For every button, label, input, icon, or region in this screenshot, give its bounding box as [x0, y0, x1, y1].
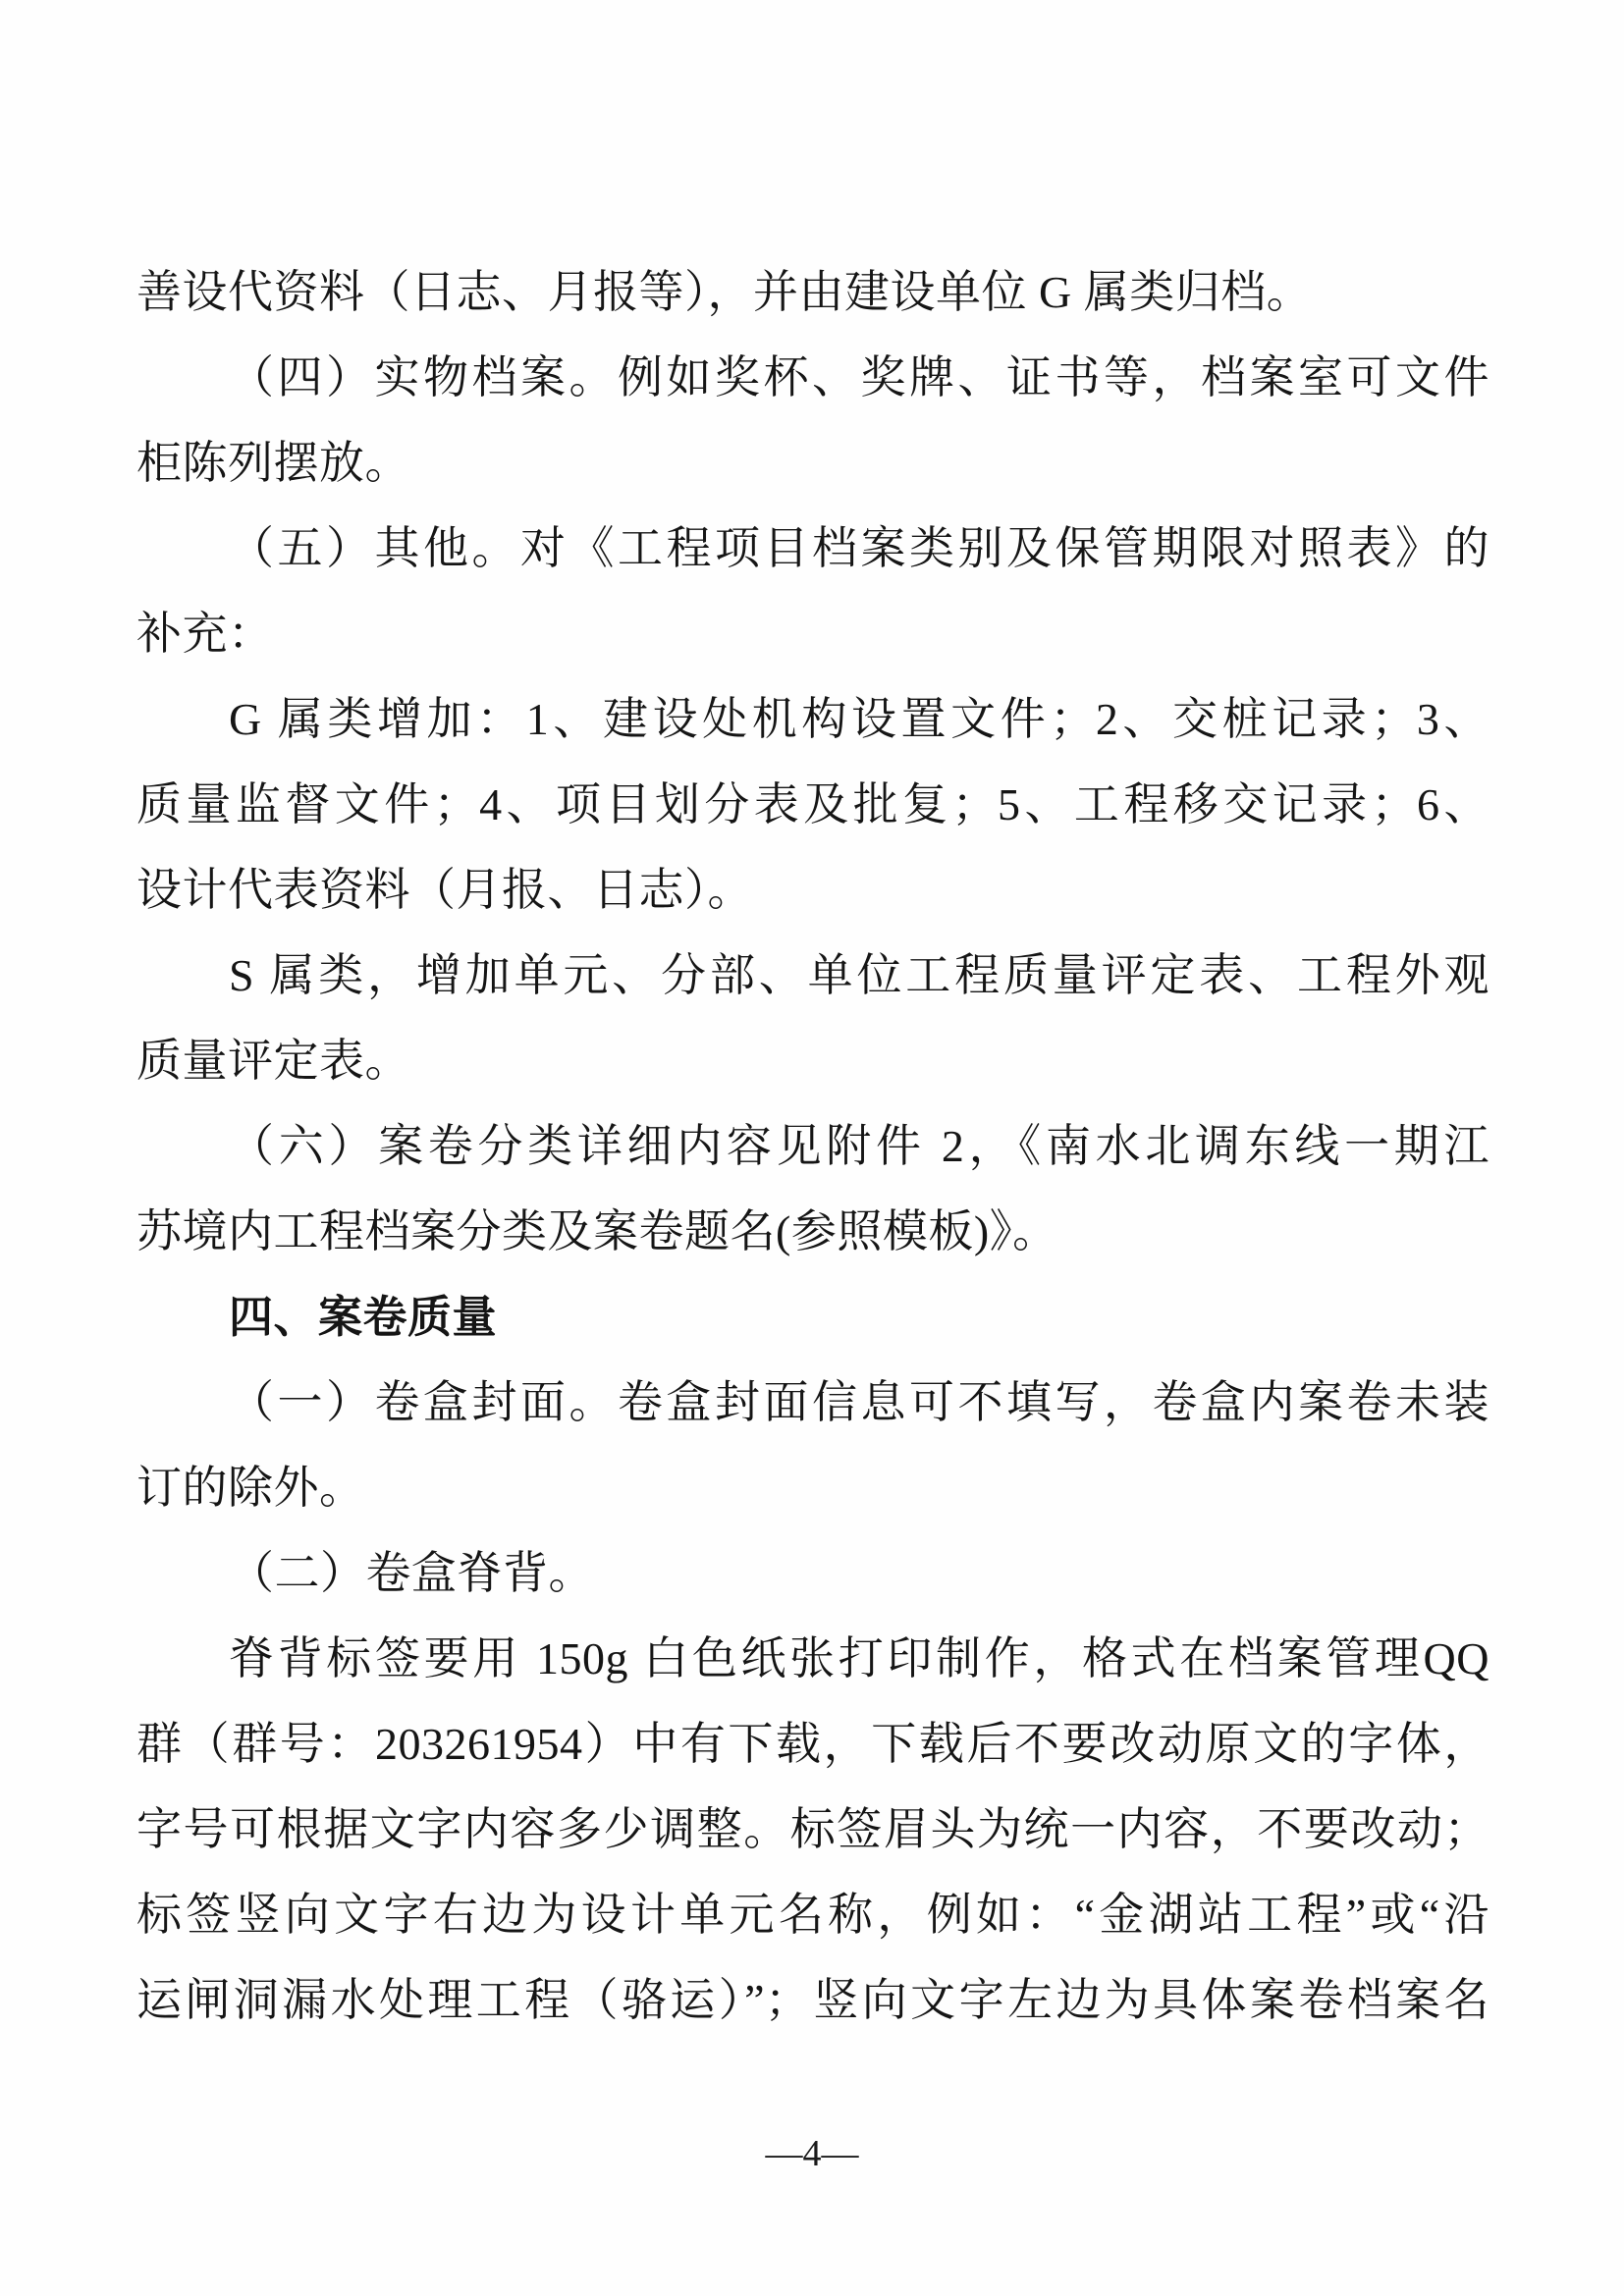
text-line-02: （四）实物档案。例如奖杯、奖牌、证书等，档案室可文件 [136, 335, 1489, 420]
text-line-21: 运闸洞漏水处理工程（骆运）”；竖向文字左边为具体案卷档案名 [136, 1957, 1489, 2043]
text-line-08: 设计代表资料（月报、日志）。 [136, 847, 1489, 933]
text-line-06: G 属类增加：1、建设处机构设置文件；2、交桩记录；3、 [136, 676, 1489, 762]
text-line-17: 脊背标签要用 150g 白色纸张打印制作，格式在档案管理QQ [136, 1616, 1489, 1701]
text-line-10: 质量评定表。 [136, 1018, 1489, 1103]
document-body: 善设代资料（日志、月报等），并由建设单位 G 属类归档。 （四）实物档案。例如奖… [136, 249, 1489, 2043]
text-line-03: 柜陈列摆放。 [136, 420, 1489, 506]
page-number: —4— [0, 2126, 1624, 2181]
document-page: 善设代资料（日志、月报等），并由建设单位 G 属类归档。 （四）实物档案。例如奖… [0, 0, 1624, 2296]
text-line-05: 补充： [136, 591, 1489, 676]
section-heading: 四、案卷质量 [136, 1274, 1489, 1360]
text-line-14: （一）卷盒封面。卷盒封面信息可不填写，卷盒内案卷未装 [136, 1360, 1489, 1445]
text-line-15: 订的除外。 [136, 1445, 1489, 1530]
text-line-07: 质量监督文件；4、项目划分表及批复；5、工程移交记录；6、 [136, 762, 1489, 847]
text-line-01: 善设代资料（日志、月报等），并由建设单位 G 属类归档。 [136, 249, 1489, 335]
text-line-19: 字号可根据文字内容多少调整。标签眉头为统一内容，不要改动； [136, 1787, 1489, 1872]
text-line-18: 群（群号：203261954）中有下载，下载后不要改动原文的字体， [136, 1701, 1489, 1787]
text-line-12: 苏境内工程档案分类及案卷题名(参照模板)》。 [136, 1189, 1489, 1274]
text-line-20: 标签竖向文字右边为设计单元名称，例如：“金湖站工程”或“沿 [136, 1872, 1489, 1957]
text-line-09: S 属类，增加单元、分部、单位工程质量评定表、工程外观 [136, 933, 1489, 1018]
text-line-16: （二）卷盒脊背。 [136, 1530, 1489, 1616]
text-line-11: （六）案卷分类详细内容见附件 2，《南水北调东线一期江 [136, 1103, 1489, 1189]
text-line-04: （五）其他。对《工程项目档案类别及保管期限对照表》的 [136, 506, 1489, 591]
